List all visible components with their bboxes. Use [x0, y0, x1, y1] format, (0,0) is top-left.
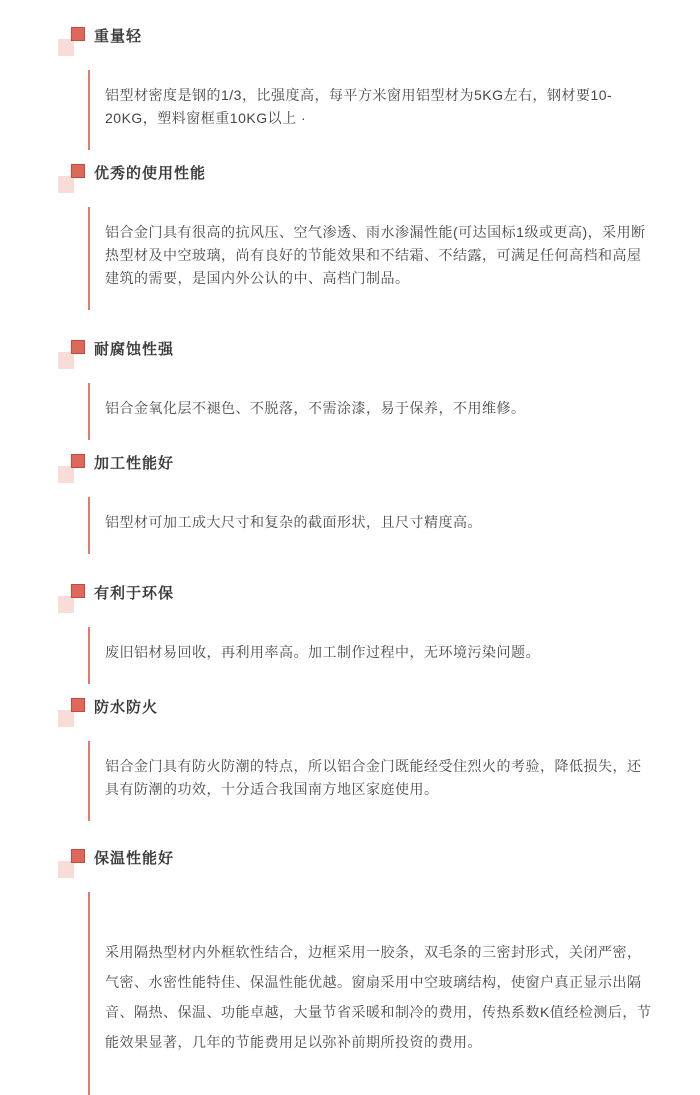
section-body-text: 铝型材密度是钢的1/3，比强度高，每平方米窗用铝型材为5KG左右，钢材要10-2… [88, 70, 655, 150]
double-square-bullet-icon [58, 698, 89, 731]
section-title: 防水防火 [94, 698, 158, 716]
section-header: 有利于环保 [58, 584, 655, 617]
bullet-pink-square [58, 596, 74, 613]
section-header: 优秀的使用性能 [58, 164, 655, 197]
section-title: 耐腐蚀性强 [94, 340, 174, 358]
section-header: 防水防火 [58, 698, 655, 731]
bullet-pink-square [58, 176, 74, 193]
feature-section: 优秀的使用性能 铝合金门具有很高的抗风压、空气渗透、雨水渗漏性能(可达国标1级或… [58, 164, 655, 310]
feature-document-page: 重量轻 铝型材密度是钢的1/3，比强度高，每平方米窗用铝型材为5KG左右，钢材要… [0, 0, 700, 1095]
section-title: 保温性能好 [94, 849, 174, 867]
double-square-bullet-icon [58, 849, 89, 882]
section-title: 优秀的使用性能 [94, 164, 206, 182]
bullet-red-square [71, 454, 85, 468]
section-body-text: 铝合金氧化层不褪色、不脱落，不需涂漆，易于保养，不用维修。 [88, 383, 655, 440]
bullet-red-square [71, 849, 85, 863]
double-square-bullet-icon [58, 454, 89, 487]
feature-section: 加工性能好 铝型材可加工成大尺寸和复杂的截面形状，且尺寸精度高。 [58, 454, 655, 554]
feature-section: 保温性能好 采用隔热型材内外框软性结合，边框采用一胶条，双毛条的三密封形式，关闭… [58, 849, 655, 1095]
section-body-text: 铝合金门具有很高的抗风压、空气渗透、雨水渗漏性能(可达国标1级或更高)，采用断热… [88, 207, 655, 310]
section-header: 加工性能好 [58, 454, 655, 487]
section-title: 有利于环保 [94, 584, 174, 602]
section-header: 保温性能好 [58, 849, 655, 882]
bullet-red-square [71, 584, 85, 598]
bullet-pink-square [58, 861, 74, 878]
section-header: 耐腐蚀性强 [58, 340, 655, 373]
bullet-pink-square [58, 39, 74, 56]
bullet-red-square [71, 164, 85, 178]
feature-section: 重量轻 铝型材密度是钢的1/3，比强度高，每平方米窗用铝型材为5KG左右，钢材要… [58, 27, 655, 150]
bullet-red-square [71, 340, 85, 354]
feature-section: 有利于环保 废旧铝材易回收，再利用率高。加工制作过程中，无环境污染问题。 [58, 584, 655, 684]
double-square-bullet-icon [58, 584, 89, 617]
feature-sections: 重量轻 铝型材密度是钢的1/3，比强度高，每平方米窗用铝型材为5KG左右，钢材要… [58, 27, 655, 1095]
feature-section: 耐腐蚀性强 铝合金氧化层不褪色、不脱落，不需涂漆，易于保养，不用维修。 [58, 340, 655, 440]
bullet-red-square [71, 698, 85, 712]
bullet-pink-square [58, 710, 74, 727]
double-square-bullet-icon [58, 340, 89, 373]
section-title: 加工性能好 [94, 454, 174, 472]
section-body-text: 铝型材可加工成大尺寸和复杂的截面形状，且尺寸精度高。 [88, 497, 655, 554]
section-body-text: 采用隔热型材内外框软性结合，边框采用一胶条，双毛条的三密封形式，关闭严密，气密、… [88, 892, 655, 1095]
double-square-bullet-icon [58, 27, 89, 60]
section-header: 重量轻 [58, 27, 655, 60]
bullet-pink-square [58, 466, 74, 483]
section-title: 重量轻 [94, 27, 142, 45]
bullet-red-square [71, 27, 85, 41]
feature-section: 防水防火 铝合金门具有防火防潮的特点，所以铝合金门既能经受住烈火的考验，降低损失… [58, 698, 655, 821]
section-body-text: 废旧铝材易回收，再利用率高。加工制作过程中，无环境污染问题。 [88, 627, 655, 684]
section-body-text: 铝合金门具有防火防潮的特点，所以铝合金门既能经受住烈火的考验，降低损失，还具有防… [88, 741, 655, 821]
double-square-bullet-icon [58, 164, 89, 197]
bullet-pink-square [58, 352, 74, 369]
